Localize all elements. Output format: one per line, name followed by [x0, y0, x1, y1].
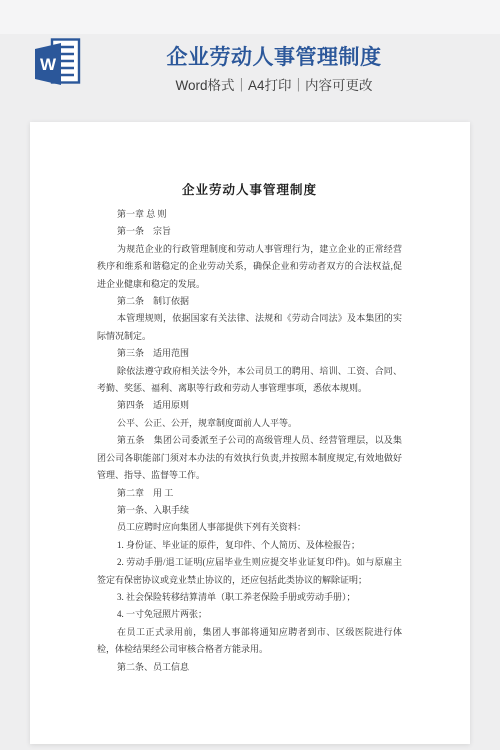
doc-paragraph: 第一章 总 则 — [97, 206, 402, 223]
doc-paragraph: 3. 社会保险转移结算清单（职工养老保险手册或劳动手册）； — [97, 589, 402, 606]
doc-paragraph: 第二章 用 工 — [97, 485, 402, 502]
doc-paragraph: 第五条 集团公司委派至子公司的高级管理人员、经营管理层，以及集团公司各职能部门须… — [97, 432, 402, 484]
document-title: 企业劳动人事管理制度 — [97, 180, 402, 198]
word-icon: W — [33, 37, 83, 87]
word-icon-svg: W — [33, 37, 83, 87]
doc-paragraph: 第四条 适用原则 — [97, 397, 402, 414]
doc-paragraph: 第二条 制订依据 — [97, 293, 402, 310]
doc-paragraph: 本管理规则，依据国家有关法律、法规和《劳动合同法》及本集团的实际情况制定。 — [97, 310, 402, 345]
template-title: 企业劳动人事管理制度 — [167, 41, 382, 71]
doc-paragraph: 1. 身份证、毕业证的原件，复印件、个人简历、及体检报告； — [97, 537, 402, 554]
doc-paragraph: 公平、公正、公开，规章制度面前人人平等。 — [97, 415, 402, 432]
document-page-preview[interactable]: 企业劳动人事管理制度 第一章 总 则第一条 宗旨为规范企业的行政管理制度和劳动人… — [30, 122, 470, 744]
template-subtitle: Word格式｜A4打印｜内容可更改 — [175, 74, 372, 94]
doc-paragraph: 员工应聘时应向集团人事部提供下列有关资料： — [97, 519, 402, 536]
document-body: 第一章 总 则第一条 宗旨为规范企业的行政管理制度和劳动人事管理行为，建立企业的… — [97, 206, 402, 676]
doc-paragraph: 第一条、入职手续 — [97, 502, 402, 519]
doc-paragraph: 第二条、员工信息 — [97, 659, 402, 676]
doc-paragraph: 第一条 宗旨 — [97, 223, 402, 240]
doc-paragraph: 第三条 适用范围 — [97, 345, 402, 362]
doc-paragraph: 在员工正式录用前，集团人事部将通知应聘者到市、区级医院进行体检，体检结果经公司审… — [97, 624, 402, 659]
doc-paragraph: 4. 一寸免冠照片两张； — [97, 606, 402, 623]
header: W 企业劳动人事管理制度 Word格式｜A4打印｜内容可更改 — [0, 0, 500, 122]
doc-paragraph: 2. 劳动手册/退工证明(应届毕业生则应提交毕业证复印件)。如与原雇主签定有保密… — [97, 554, 402, 589]
word-icon-letter: W — [40, 55, 57, 74]
doc-paragraph: 为规范企业的行政管理制度和劳动人事管理行为，建立企业的正常经营秩序和维系和谐稳定… — [97, 241, 402, 293]
doc-paragraph: 除依法遵守政府相关法令外，本公司员工的聘用、培训、工资、合同、考勤、奖惩、福利、… — [97, 363, 402, 398]
